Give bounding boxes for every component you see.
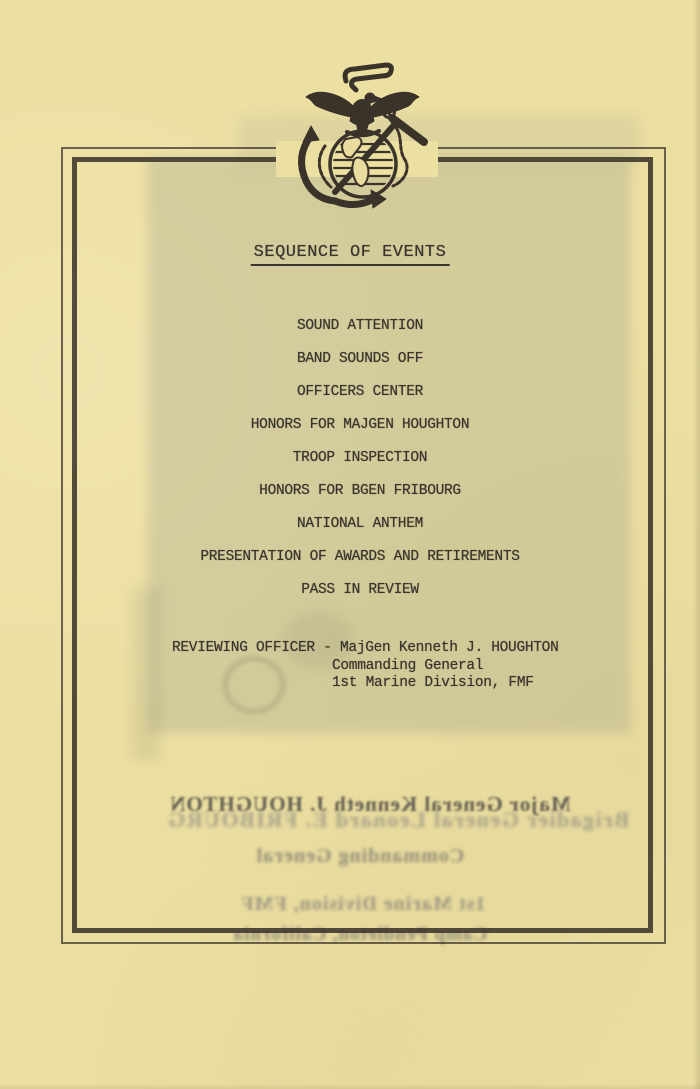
event-line: HONORS FOR MAJGEN HOUGHTON [251, 417, 469, 433]
event-line: NATIONAL ANTHEM [297, 516, 423, 532]
frame-inner-rule [72, 157, 653, 933]
reviewing-officer-block: REVIEWING OFFICER - MajGen Kenneth J. HO… [172, 640, 558, 693]
scanned-program-page: Major General Kenneth J. HOUGHTON Brigad… [0, 0, 700, 1089]
usmc-eagle-globe-anchor-icon [289, 60, 435, 210]
event-line: HONORS FOR BGEN FRIBOURG [259, 483, 461, 499]
event-line: BAND SOUNDS OFF [297, 351, 423, 367]
scan-edge-shadow [693, 0, 700, 1089]
page-title: SEQUENCE OF EVENTS [251, 243, 450, 262]
scan-edge-shadow [0, 1083, 700, 1089]
page-title-text: SEQUENCE OF EVENTS [251, 243, 450, 266]
event-line: PRESENTATION OF AWARDS AND RETIREMENTS [200, 549, 519, 565]
event-line: TROOP INSPECTION [293, 450, 427, 466]
event-line: SOUND ATTENTION [297, 318, 423, 334]
reviewing-officer-line: 1st Marine Division, FMF [332, 675, 558, 693]
reviewing-officer-line: Commanding General [332, 658, 558, 676]
reviewing-officer-line: REVIEWING OFFICER - MajGen Kenneth J. HO… [172, 640, 558, 658]
event-line: OFFICERS CENTER [297, 384, 423, 400]
event-line: PASS IN REVIEW [301, 582, 419, 598]
